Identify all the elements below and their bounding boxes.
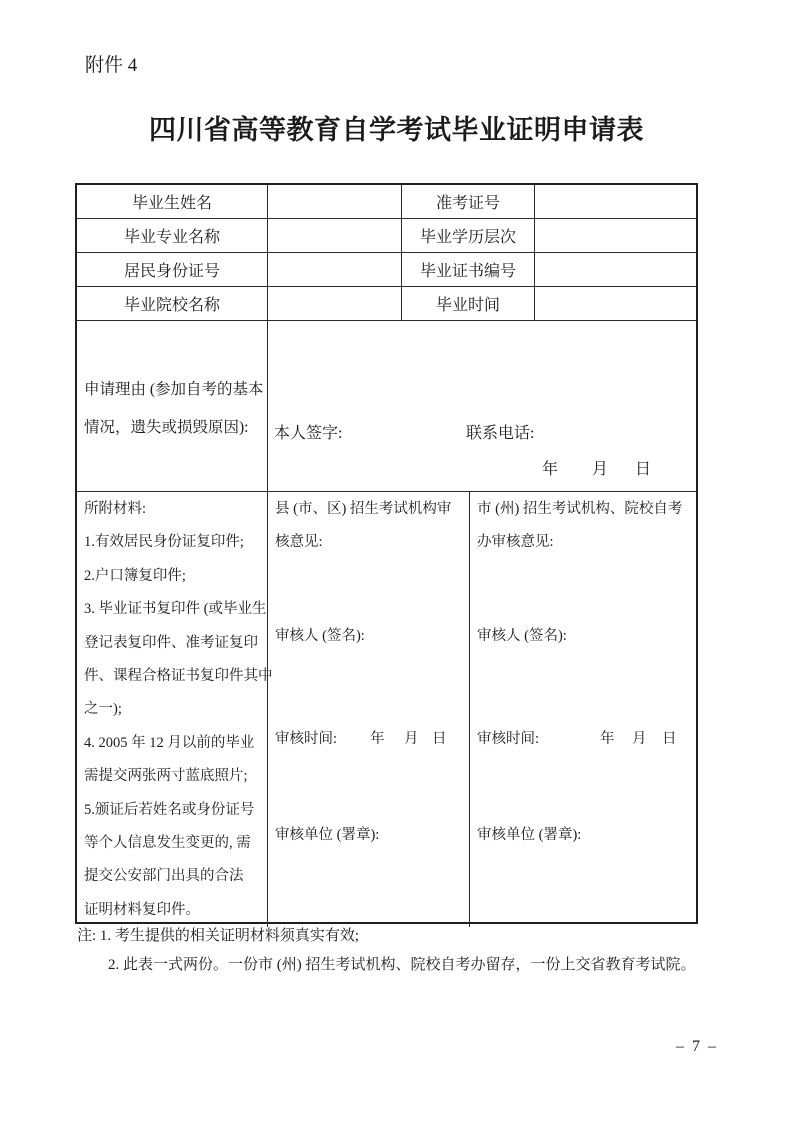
materials-cell: 所附材料: 1.有效居民身份证复印件; 2.户口簿复印件; 3. 毕业证书复印件… bbox=[77, 492, 268, 927]
materials-line: 需提交两张两寸蓝底照片; bbox=[84, 760, 264, 793]
county-review-intro: 县 (市、区) 招生考试机构审 核意见: bbox=[275, 493, 467, 560]
materials-line: 之一); bbox=[84, 693, 264, 726]
reason-label-line2: 情况，遗失或损毁原因): bbox=[84, 409, 263, 447]
signature-label: 本人签字: bbox=[274, 425, 342, 442]
materials-line: 3. 毕业证书复印件 (或毕业生 bbox=[84, 593, 264, 626]
field-label-major-name: 毕业专业名称 bbox=[77, 219, 268, 253]
field-label-graduate-name: 毕业生姓名 bbox=[77, 185, 268, 219]
city-intro-line2: 办审核意见: bbox=[477, 526, 694, 559]
field-label-graduation-date: 毕业时间 bbox=[402, 287, 535, 321]
day-label: 日 bbox=[635, 456, 651, 479]
city-time-label: 审核时间: bbox=[477, 731, 539, 747]
field-label-school-name: 毕业院校名称 bbox=[77, 287, 268, 321]
field-value-certificate-no bbox=[535, 253, 696, 287]
month-label: 月 bbox=[632, 727, 647, 748]
field-value-graduation-date bbox=[535, 287, 696, 321]
city-review-unit-label: 审核单位 (署章): bbox=[477, 823, 581, 844]
city-review-intro: 市 (州) 招生考试机构、院校自考 办审核意见: bbox=[477, 493, 694, 560]
reason-date-line: 年 月 日 bbox=[268, 456, 696, 478]
county-review-unit-label: 审核单位 (署章): bbox=[275, 823, 379, 844]
field-value-school-name bbox=[268, 287, 402, 321]
note-label: 注: bbox=[77, 928, 96, 944]
materials-line: 等个人信息发生变更的, 需 bbox=[84, 827, 264, 860]
county-time-label: 审核时间: bbox=[275, 731, 337, 747]
field-value-id-number bbox=[268, 253, 402, 287]
city-reviewer-label: 审核人 (签名): bbox=[477, 624, 567, 645]
field-value-degree-level bbox=[535, 219, 696, 253]
day-label: 日 bbox=[662, 727, 677, 748]
review-section: 所附材料: 1.有效居民身份证复印件; 2.户口簿复印件; 3. 毕业证书复印件… bbox=[77, 492, 696, 922]
county-intro-line2: 核意见: bbox=[275, 526, 467, 559]
day-label: 日 bbox=[432, 727, 447, 748]
city-review-cell: 市 (州) 招生考试机构、院校自考 办审核意见: 审核人 (签名): 审核时间:… bbox=[470, 492, 696, 927]
field-value-graduate-name bbox=[268, 185, 402, 219]
reason-entry-cell: 本人签字: 联系电话: 年 月 日 bbox=[268, 321, 696, 492]
materials-line: 所附材料: bbox=[84, 493, 264, 526]
signature-line: 本人签字: 联系电话: bbox=[274, 420, 694, 443]
year-label: 年 bbox=[542, 456, 558, 479]
attachment-label: 附件 4 bbox=[85, 50, 137, 77]
page-number: – 7 – bbox=[676, 1038, 718, 1056]
note-line-1: 注: 1. 考生提供的相关证明材料须真实有效; bbox=[77, 922, 722, 951]
field-label-degree-level: 毕业学历层次 bbox=[402, 219, 535, 253]
city-intro-line1: 市 (州) 招生考试机构、院校自考 bbox=[477, 493, 694, 526]
county-reviewer-label: 审核人 (签名): bbox=[275, 624, 365, 645]
year-label: 年 bbox=[370, 727, 385, 748]
county-review-cell: 县 (市、区) 招生考试机构审 核意见: 审核人 (签名): 审核时间: 年 月… bbox=[268, 492, 470, 927]
materials-line: 5.颁证后若姓名或身份证号 bbox=[84, 794, 264, 827]
month-label: 月 bbox=[592, 456, 608, 479]
county-review-time-line: 审核时间: 年 月 日 bbox=[275, 727, 476, 748]
footer-notes: 注: 1. 考生提供的相关证明材料须真实有效; 2. 此表一式两份。一份市 (州… bbox=[77, 922, 722, 979]
materials-line: 件、课程合格证书复印件其中 bbox=[84, 660, 264, 693]
document-page: 附件 4 四川省高等教育自学考试毕业证明申请表 毕业生姓名 准考证号 毕业专业名… bbox=[0, 0, 793, 1122]
materials-line: 2.户口簿复印件; bbox=[84, 560, 264, 593]
note-item-2: 2. 此表一式两份。一份市 (州) 招生考试机构、院校自考办留存，一份上交省教育… bbox=[108, 957, 696, 973]
materials-line: 1.有效居民身份证复印件; bbox=[84, 526, 264, 559]
county-intro-line1: 县 (市、区) 招生考试机构审 bbox=[275, 493, 467, 526]
field-label-id-number: 居民身份证号 bbox=[77, 253, 268, 287]
info-section: 毕业生姓名 准考证号 毕业专业名称 毕业学历层次 居民身份证号 毕业证书编号 毕… bbox=[77, 185, 696, 321]
field-value-major-name bbox=[268, 219, 402, 253]
reason-label-cell: 申请理由 (参加自考的基本 情况，遗失或损毁原因): bbox=[77, 321, 268, 492]
month-label: 月 bbox=[404, 727, 419, 748]
phone-label: 联系电话: bbox=[466, 420, 534, 443]
application-table: 毕业生姓名 准考证号 毕业专业名称 毕业学历层次 居民身份证号 毕业证书编号 毕… bbox=[75, 183, 698, 924]
materials-line: 提交公安部门出具的合法 bbox=[84, 860, 264, 893]
materials-line: 4. 2005 年 12 月以前的毕业 bbox=[84, 727, 264, 760]
field-label-exam-ticket-no: 准考证号 bbox=[402, 185, 535, 219]
reason-section: 申请理由 (参加自考的基本 情况，遗失或损毁原因): 本人签字: 联系电话: 年… bbox=[77, 321, 696, 492]
field-value-exam-ticket-no bbox=[535, 185, 696, 219]
materials-line: 登记表复印件、准考证复印 bbox=[84, 627, 264, 660]
note-line-2: 2. 此表一式两份。一份市 (州) 招生考试机构、院校自考办留存，一份上交省教育… bbox=[77, 951, 722, 980]
document-title: 四川省高等教育自学考试毕业证明申请表 bbox=[0, 108, 793, 147]
city-review-time-line: 审核时间: 年 月 日 bbox=[477, 727, 703, 748]
note-item-1: 1. 考生提供的相关证明材料须真实有效; bbox=[100, 928, 359, 944]
year-label: 年 bbox=[600, 727, 615, 748]
field-label-certificate-no: 毕业证书编号 bbox=[402, 253, 535, 287]
reason-label-line1: 申请理由 (参加自考的基本 bbox=[84, 371, 263, 409]
